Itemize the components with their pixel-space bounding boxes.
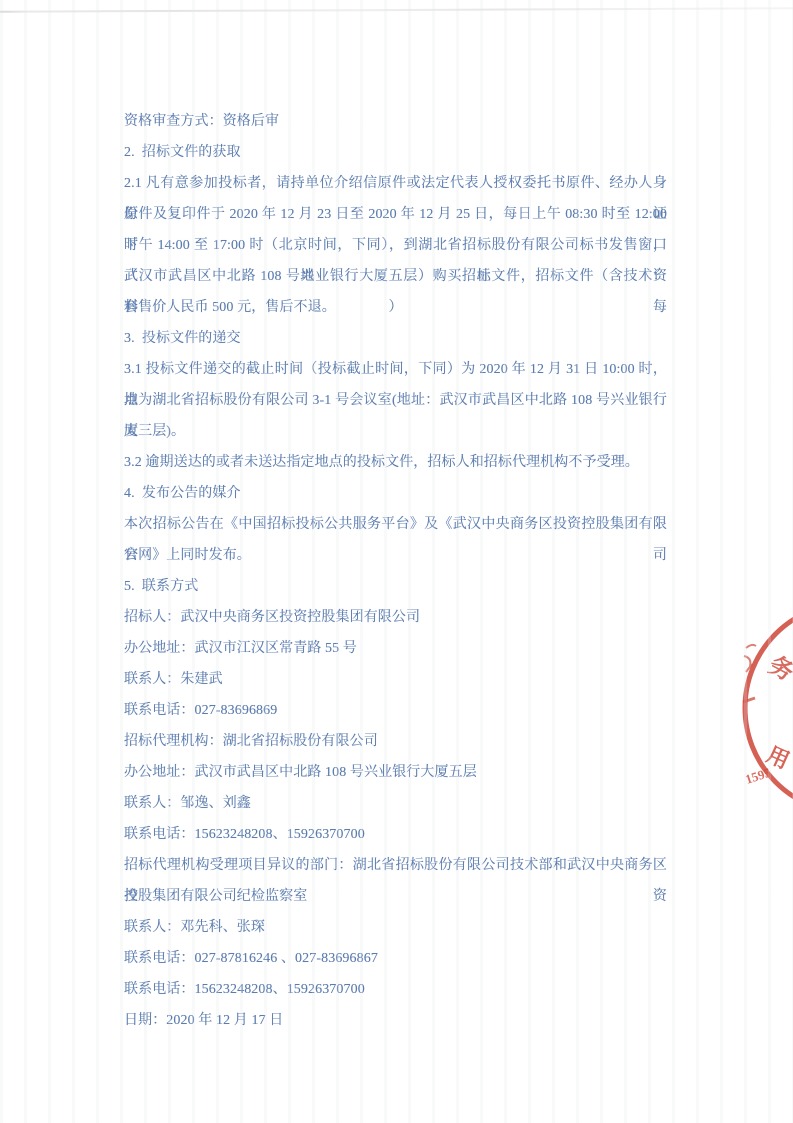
paragraph-agency-name: 招标代理机构：湖北省招标股份有限公司 [124,726,667,757]
text-line: 联系人：邹逸、刘鑫 [124,788,667,819]
paragraph-tenderer-address: 办公地址：武汉市江汉区常青路 55 号 [124,633,667,664]
text-line: 日期：2020 年 12 月 17 日 [124,1005,667,1036]
paragraph-section-2-heading: 2. 招标文件的获取 [124,137,667,168]
paragraph-tenderer-name: 招标人：武汉中央商务区投资控股集团有限公司 [124,602,667,633]
text-line: 3.2 逾期送达的或者未送达指定地点的投标文件，招标人和招标代理机构不予受理。 [124,447,667,478]
paragraph-agency-contact: 联系人：邹逸、刘鑫 [124,788,667,819]
paragraph-clause-3-2: 3.2 逾期送达的或者未送达指定地点的投标文件，招标人和招标代理机构不予受理。 [124,447,667,478]
text-line: 下午 14:00 至 17:00 时（北京时间，下同），到湖北省招标股份有限公司… [124,230,667,261]
text-line: 5. 联系方式 [124,571,667,602]
text-line: 厦三层)。 [124,416,667,447]
paragraph-qualification-review: 资格审查方式：资格后审 [124,106,667,137]
seal-glyph-top: 务 [764,651,793,687]
text-line: 2. 招标文件的获取 [124,137,667,168]
red-seal-graphic: 务 用 1595 [721,612,793,812]
paragraph-objection-contact: 联系人：邓先科、张琛 [124,912,667,943]
text-line: 武汉市武昌区中北路 108 号兴业银行大厦五层）购买招标文件，招标文件（含技术资… [124,261,667,292]
paragraph-tenderer-contact: 联系人：朱建武 [124,664,667,695]
paragraph-agency-address: 办公地址：武汉市武昌区中北路 108 号兴业银行大厦五层 [124,757,667,788]
text-line: 点为湖北省招标股份有限公司 3-1 号会议室(地址：武汉市武昌区中北路 108 … [124,385,667,416]
paragraph-announcement-media: 本次招标公告在《中国招标投标公共服务平台》及《武汉中央商务区投资控股集团有限公司… [124,509,667,571]
text-line: 联系电话：15623248208、15926370700 [124,819,667,850]
scanned-page: 资格审查方式：资格后审2. 招标文件的获取2.1 凡有意参加投标者，请持单位介绍… [0,0,793,1123]
text-line: 联系人：邓先科、张琛 [124,912,667,943]
text-line: 招标代理机构：湖北省招标股份有限公司 [124,726,667,757]
text-line: 原件及复印件于 2020 年 12 月 23 日至 2020 年 12 月 25… [124,199,667,230]
paragraph-objection-phone-1: 联系电话：027-87816246 、027-83696867 [124,943,667,974]
text-line: 资格审查方式：资格后审 [124,106,667,137]
document-body: 资格审查方式：资格后审2. 招标文件的获取2.1 凡有意参加投标者，请持单位介绍… [0,0,793,1036]
paragraph-tenderer-phone: 联系电话：027-83696869 [124,695,667,726]
text-line: 3. 投标文件的递交 [124,323,667,354]
text-line: 办公地址：武汉市武昌区中北路 108 号兴业银行大厦五层 [124,757,667,788]
text-line: 联系电话：027-83696869 [124,695,667,726]
paragraph-clause-3-1: 3.1 投标文件递交的截止时间（投标截止时间，下同）为 2020 年 12 月 … [124,354,667,447]
paragraph-clause-2-1: 2.1 凡有意参加投标者，请持单位介绍信原件或法定代表人授权委托书原件、经办人身… [124,168,667,323]
text-line: 联系电话：027-87816246 、027-83696867 [124,943,667,974]
red-seal-stamp: 务 用 1595 [721,612,793,812]
text-line: 4. 发布公告的媒介 [124,478,667,509]
paragraph-objection-department: 招标代理机构受理项目异议的部门：湖北省招标股份有限公司技术部和武汉中央商务区投资… [124,850,667,912]
paragraph-agency-phone: 联系电话：15623248208、15926370700 [124,819,667,850]
text-line: 2.1 凡有意参加投标者，请持单位介绍信原件或法定代表人授权委托书原件、经办人身… [124,168,667,199]
paragraph-section-5-heading: 5. 联系方式 [124,571,667,602]
text-line: 联系人：朱建武 [124,664,667,695]
text-line: 3.1 投标文件递交的截止时间（投标截止时间，下同）为 2020 年 12 月 … [124,354,667,385]
paragraph-date-line: 日期：2020 年 12 月 17 日 [124,1005,667,1036]
seal-serial-number: 1595 [743,764,773,786]
text-line: 联系电话：15623248208、15926370700 [124,974,667,1005]
paragraph-section-4-heading: 4. 发布公告的媒介 [124,478,667,509]
paragraph-section-3-heading: 3. 投标文件的递交 [124,323,667,354]
text-line: 办公地址：武汉市江汉区常青路 55 号 [124,633,667,664]
text-line: 招标人：武汉中央商务区投资控股集团有限公司 [124,602,667,633]
paragraph-objection-phone-2: 联系电话：15623248208、15926370700 [124,974,667,1005]
text-line: 招标代理机构受理项目异议的部门：湖北省招标股份有限公司技术部和武汉中央商务区投资 [124,850,667,881]
text-line: 本次招标公告在《中国招标投标公共服务平台》及《武汉中央商务区投资控股集团有限公司 [124,509,667,540]
